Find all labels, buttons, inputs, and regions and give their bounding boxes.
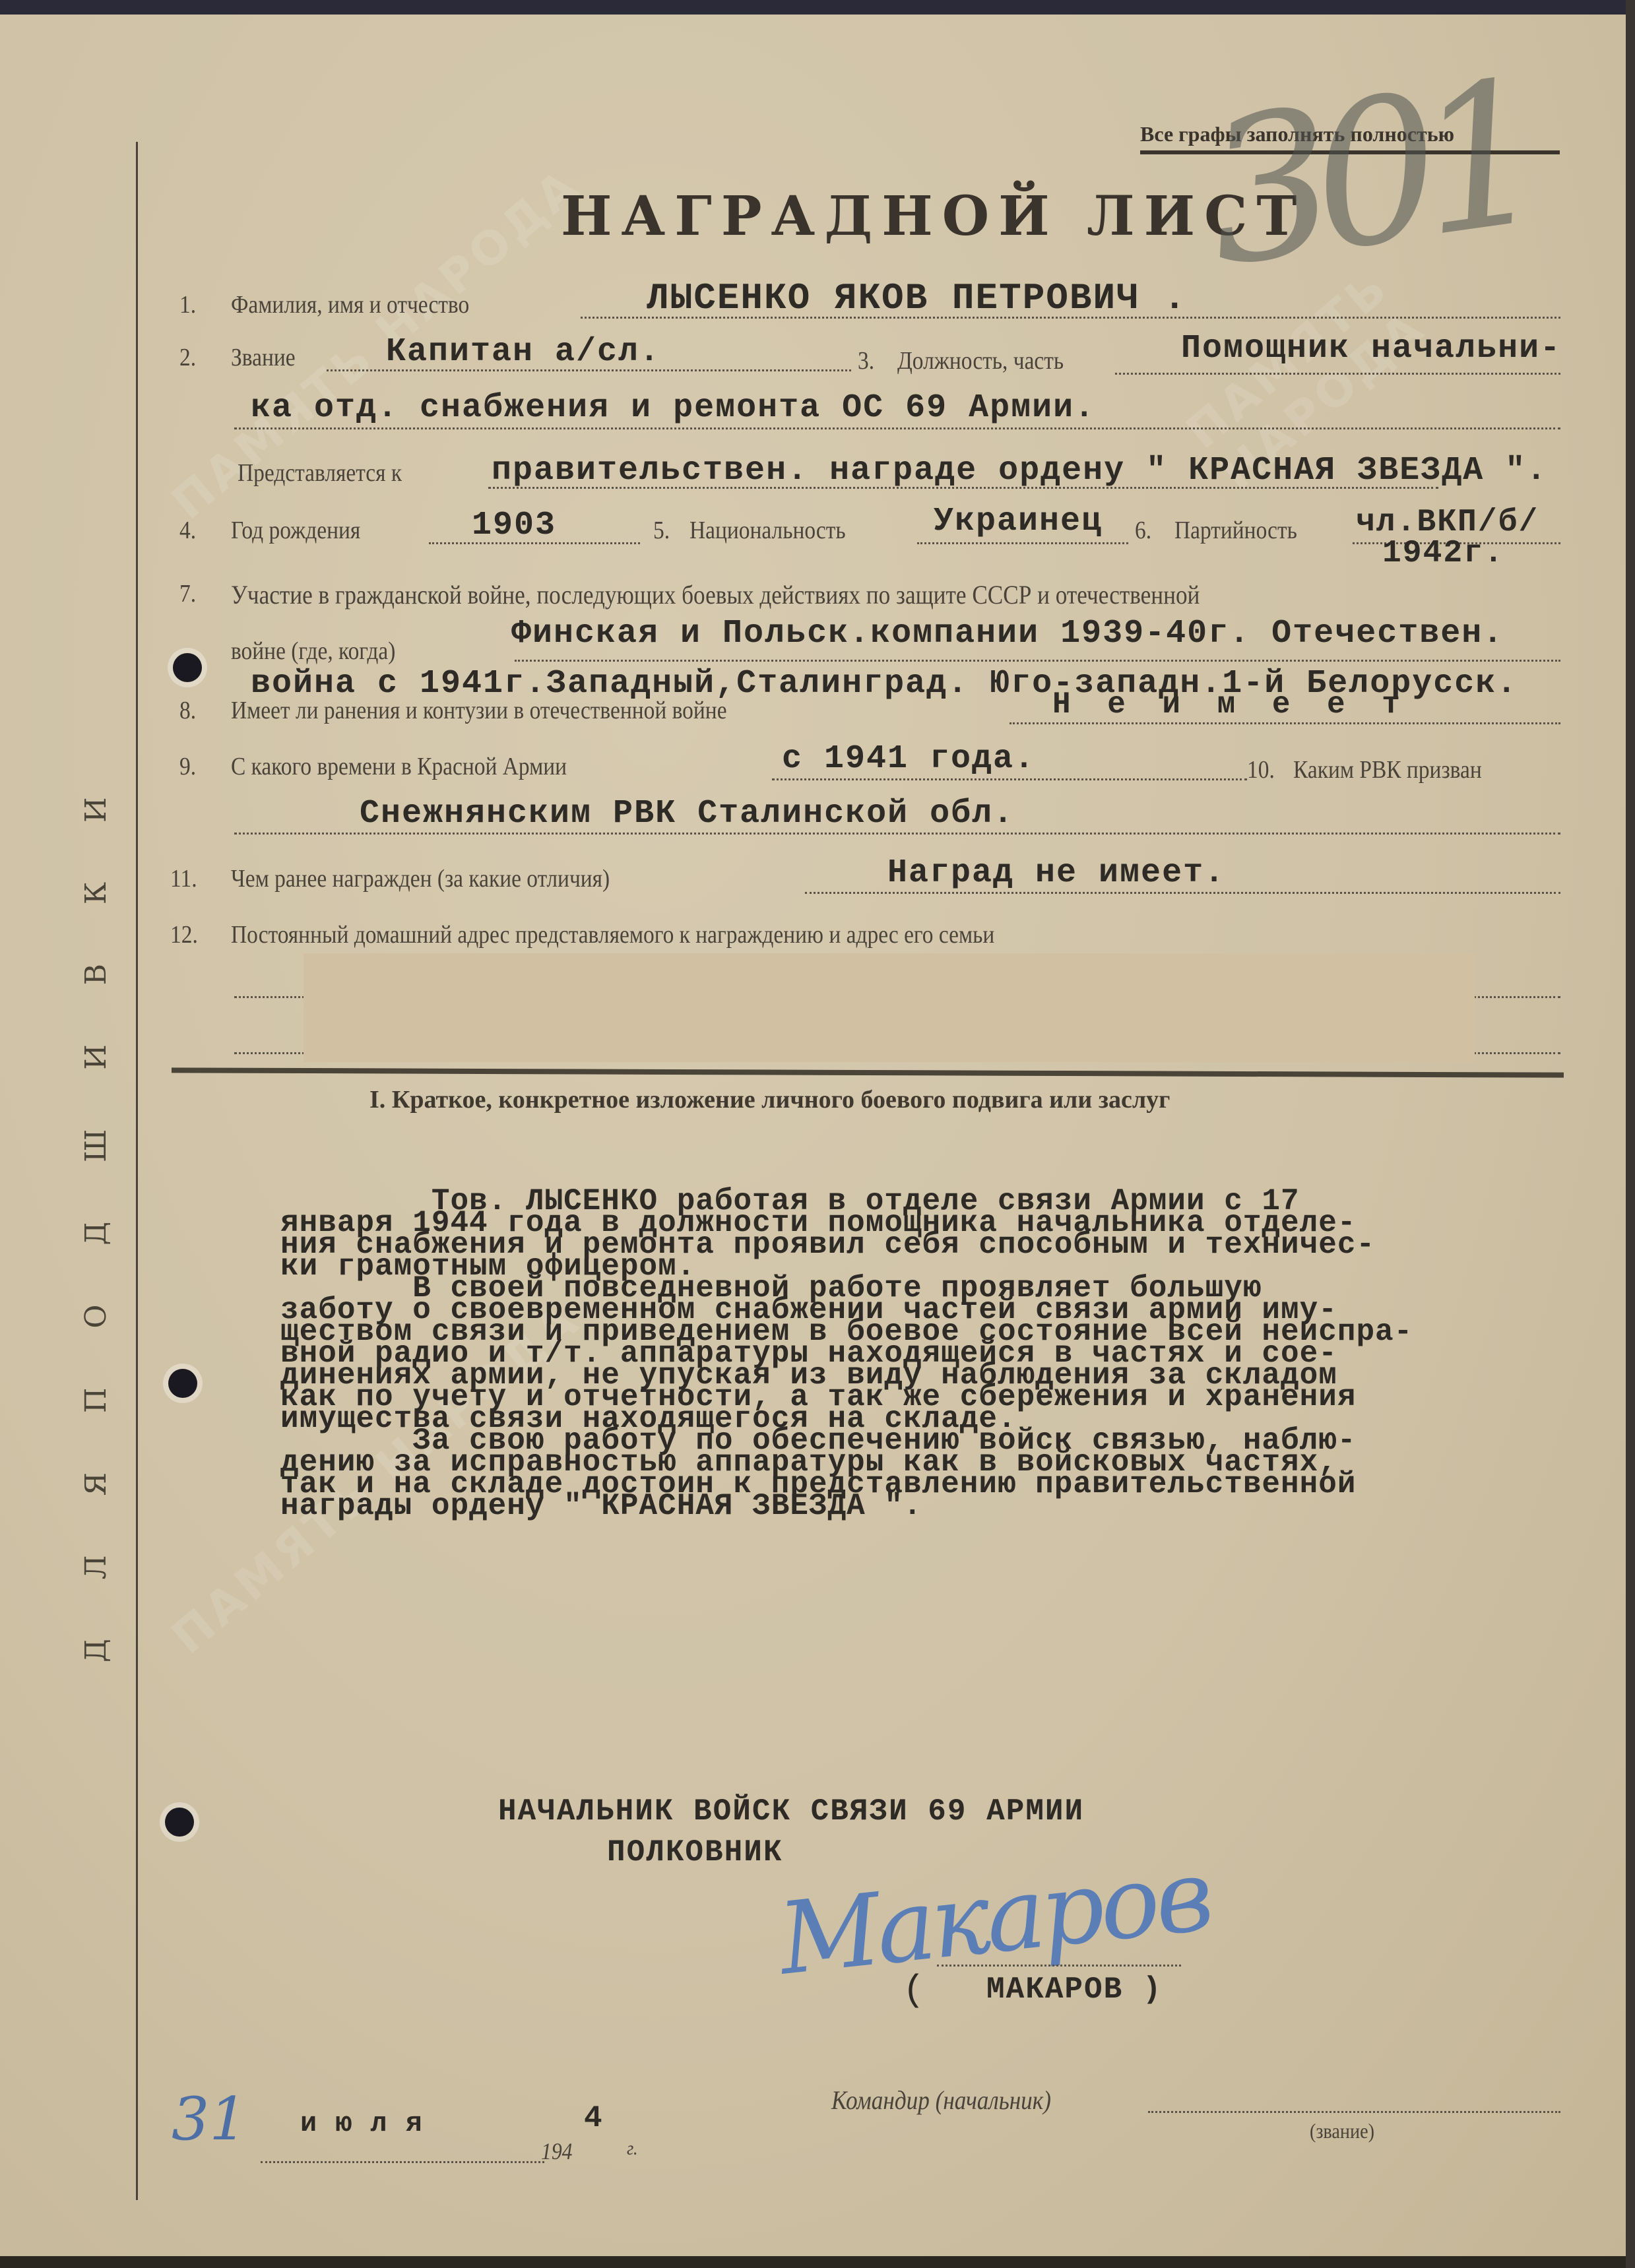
field-5-number: 5.: [653, 516, 670, 545]
document-title: НАГРАДНОЙ ЛИСТ: [561, 185, 1306, 248]
field-1-number: 1.: [179, 290, 196, 319]
field-3-label-text: Должность, часть: [897, 346, 1064, 375]
field-4-number: 4.: [179, 516, 196, 545]
field-4-label: Год рождения: [231, 516, 360, 545]
nationality-value: Украинец: [934, 503, 1103, 540]
army-since-value: с 1941 года.: [782, 740, 1035, 778]
handwritten-number: 301: [1193, 38, 1540, 311]
signatory-name: МАКАРОВ ): [986, 1972, 1162, 2007]
commander-label: Командир (начальник): [831, 2085, 1051, 2116]
date-line: [261, 2161, 544, 2163]
punch-hole: [173, 653, 202, 682]
field-11-label: Чем ранее награжден (за какие отличия): [231, 864, 610, 893]
field-5-label: Национальность: [689, 516, 846, 545]
field-10-line: [234, 833, 1560, 835]
date-year-digit: 4: [584, 2101, 604, 2135]
punch-hole: [165, 1808, 194, 1837]
section-heading: I. Краткое, конкретное изложение личного…: [369, 1085, 1170, 1114]
commander-line: [1148, 2111, 1560, 2113]
field-9-number: 9.: [179, 752, 196, 781]
punch-hole: [168, 1369, 197, 1398]
previous-awards-value: Наград не имеет.: [887, 854, 1225, 892]
position-value-line1: Помощник начальни-: [1181, 330, 1561, 367]
field-11-number: 11.: [170, 864, 197, 893]
rank-caption: (звание): [1310, 2119, 1374, 2143]
wounds-value: Н е и м е е т: [1052, 687, 1409, 722]
field-9-line: [772, 778, 1247, 780]
field-7-number: 7.: [179, 579, 196, 608]
field-3-label: 3.: [858, 346, 874, 375]
field-12-label: Постоянный домашний адрес представляемог…: [231, 920, 994, 949]
combat-participation-line1: Финская и Польск.компании 1939-40г. Отеч…: [511, 615, 1504, 652]
field-7-label-line1: Участие в гражданской войне, последующих…: [231, 579, 1200, 610]
signatory-rank: ПОЛКОВНИК: [607, 1835, 783, 1870]
signatory-title: НАЧАЛЬНИК ВОЙСК СВЯЗИ 69 АРМИИ: [498, 1794, 1084, 1829]
field-2-label: Звание: [231, 343, 296, 372]
rank-value: Капитан а/сл.: [386, 333, 660, 371]
field-8-label: Имеет ли ранения и контузии в отечествен…: [231, 696, 727, 725]
scan-border-right: [1626, 0, 1635, 2268]
paren-open: (: [903, 1969, 926, 2011]
party-value-line2: 1942г.: [1382, 536, 1504, 571]
field-10-label: Каким РВК призван: [1293, 755, 1482, 784]
field-2-number: 2.: [179, 343, 196, 372]
date-day: 31: [172, 2085, 247, 2154]
field-1-label: Фамилия, имя и отчество: [231, 290, 469, 319]
merit-description: Тов. ЛЫСЕНКО работая в отделе связи Арми…: [280, 1191, 1600, 1517]
field-7-label-line2: войне (где, когда): [231, 637, 395, 666]
field-6-label: Партийность: [1174, 516, 1297, 545]
field-8-number: 8.: [179, 696, 196, 725]
date-year-prefix: 194: [541, 2137, 573, 2165]
scan-border-top: [0, 0, 1635, 15]
scan-border-bottom: [0, 2256, 1635, 2268]
nomination-label: Представляется к: [238, 458, 402, 488]
date-month: июля: [300, 2108, 441, 2139]
field-12-number: 12.: [170, 920, 198, 949]
field-8-line: [1010, 722, 1560, 724]
binding-margin-line: [136, 142, 138, 2200]
field-10-number: 10.: [1247, 755, 1275, 784]
nomination-value: правительствен. награде ордену " КРАСНАЯ…: [492, 452, 1547, 489]
field-9-label: С какого времени в Красной Армии: [231, 752, 567, 781]
full-name-value: ЛЫСЕНКО ЯКОВ ПЕТРОВИЧ .: [647, 277, 1187, 319]
date-year-suffix: г.: [627, 2137, 638, 2160]
field-3-line: [1115, 373, 1560, 375]
position-value-line2: ка отд. снабжения и ремонта ОС 69 Армии.: [251, 389, 1095, 427]
field-3-line-2: [234, 427, 1560, 429]
birth-year-value: 1903: [472, 507, 556, 544]
draft-office-value: Снежнянским РВК Сталинской обл.: [360, 795, 1014, 833]
party-value-line1: чл.ВКП/б/: [1356, 505, 1539, 540]
field-11-line: [805, 892, 1560, 894]
signature-line: [937, 1965, 1181, 1967]
field-5-line: [917, 542, 1128, 544]
redacted-address: [304, 953, 1475, 1062]
field-6-number: 6.: [1135, 516, 1151, 545]
binding-margin-label: Д Л Я П О Д Ш И В К И: [79, 772, 113, 1662]
field-7-line: [515, 660, 1560, 662]
